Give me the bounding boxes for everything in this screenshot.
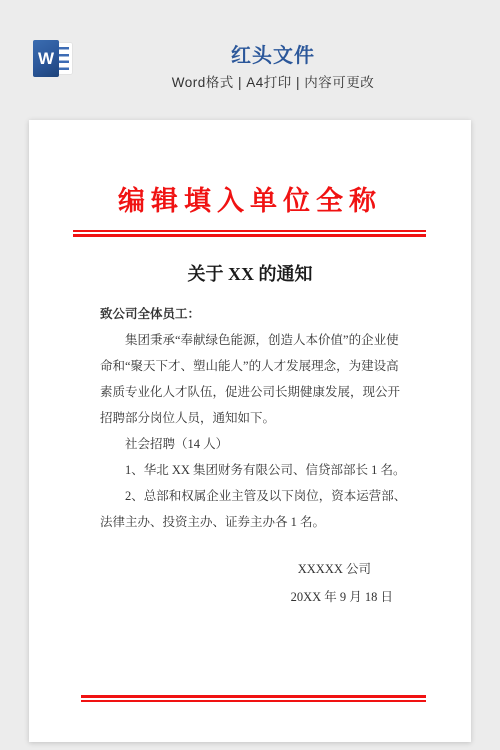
a4-document-page: 编辑填入单位全称 关于 XX 的通知 致公司全体员工： 集团秉承“奉献绿色能源，… — [29, 120, 471, 742]
paragraph-recruit: 社会招聘（14 人） — [100, 431, 411, 457]
signature-block: XXXXX 公司 20XX 年 9 月 18 日 — [29, 555, 471, 611]
list-item-1: 1、华北 XX 集团财务有限公司、信贷部部长 1 名。 — [100, 457, 411, 483]
word-icon: W — [33, 40, 73, 77]
template-preview-header: W 红头文件 Word格式 | A4打印 | 内容可更改 — [0, 0, 500, 120]
document-body: 致公司全体员工： 集团秉承“奉献绿色能源，创造人本价值”的企业使命和“聚天下才、… — [100, 301, 411, 535]
red-double-rule-top — [73, 230, 426, 237]
signature-date: 20XX 年 9 月 18 日 — [29, 583, 471, 611]
word-icon-letter: W — [33, 40, 59, 77]
document-unit-title: 编辑填入单位全称 — [29, 182, 471, 220]
list-item-2: 2、总部和权属企业主管及以下岗位，资本运营部、法律主办、投资主办、证券主办各 1… — [100, 483, 411, 535]
notice-heading: 关于 XX 的通知 — [29, 261, 471, 287]
template-title: 红头文件 — [46, 44, 500, 68]
template-subtitle: Word格式 | A4打印 | 内容可更改 — [46, 75, 500, 91]
paragraph-intro: 集团秉承“奉献绿色能源，创造人本价值”的企业使命和“聚天下才、塑山能人”的人才发… — [100, 327, 411, 431]
signature-company: XXXXX 公司 — [29, 555, 471, 583]
header-text: 红头文件 Word格式 | A4打印 | 内容可更改 — [46, 0, 500, 91]
red-double-rule-bottom — [81, 695, 426, 702]
salutation: 致公司全体员工： — [100, 301, 411, 327]
